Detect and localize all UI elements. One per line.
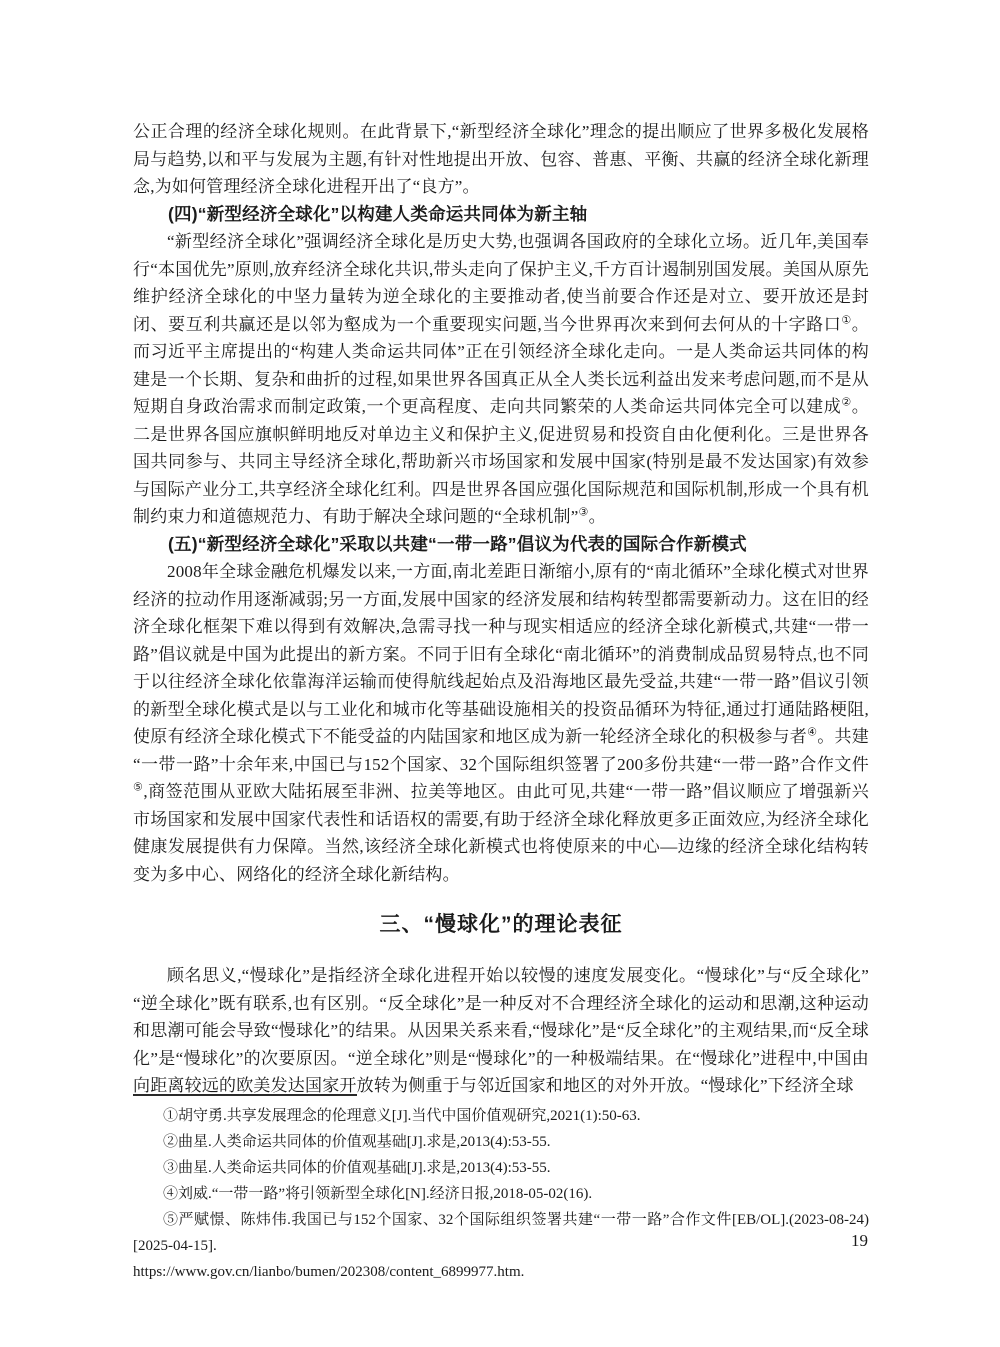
footnote-ref-marker: ①	[841, 314, 851, 326]
paragraph-section-5: 2008年全球金融危机爆发以来,一方面,南北差距日渐缩小,原有的“南北循环”全球…	[133, 558, 869, 888]
footnote-ref-marker: ③	[579, 506, 589, 518]
footnote-3: ③曲星.人类命运共同体的价值观基础[J].求是,2013(4):53-55.	[133, 1155, 869, 1181]
footnote-4: ④刘威.“一带一路”将引领新型全球化[N].经济日报,2018-05-02(16…	[133, 1181, 869, 1207]
footnote-divider	[133, 1094, 357, 1096]
page-number: 19	[851, 1230, 868, 1252]
footnote-2: ②曲星.人类命运共同体的价值观基础[J].求是,2013(4):53-55.	[133, 1129, 869, 1155]
paragraph-section-4: “新型经济全球化”强调经济全球化是历史大势,也强调各国政府的全球化立场。近几年,…	[133, 228, 869, 531]
footnote-ref-marker: ②	[841, 396, 851, 408]
paragraph-slowbalization: 顾名思义,“慢球化”是指经济全球化进程开始以较慢的速度发展变化。“慢球化”与“反…	[133, 962, 869, 1100]
footnote-5-url: https://www.gov.cn/lianbo/bumen/202308/c…	[133, 1259, 869, 1285]
footnote-1: ①胡守勇.共享发展理念的伦理意义[J].当代中国价值观研究,2021(1):50…	[133, 1103, 869, 1129]
subsection-heading-4: (四)“新型经济全球化”以构建人类命运共同体为新主轴	[133, 201, 869, 229]
footnote-5: ⑤严赋憬、陈炜伟.我国已与152个国家、32个国际组织签署共建“一带一路”合作文…	[133, 1207, 869, 1259]
footnote-ref-marker: ⑤	[133, 781, 143, 793]
paragraph-continuation: 公正合理的经济全球化规则。在此背景下,“新型经济全球化”理念的提出顺应了世界多极…	[133, 118, 869, 201]
footnote-area: ①胡守勇.共享发展理念的伦理意义[J].当代中国价值观研究,2021(1):50…	[133, 1094, 869, 1285]
footnote-ref-marker: ④	[807, 726, 817, 738]
document-page: 公正合理的经济全球化规则。在此背景下,“新型经济全球化”理念的提出顺应了世界多极…	[0, 0, 1000, 1347]
page-text-block: 公正合理的经济全球化规则。在此背景下,“新型经济全球化”理念的提出顺应了世界多极…	[133, 118, 869, 1100]
subsection-heading-5: (五)“新型经济全球化”采取以共建“一带一路”倡议为代表的国际合作新模式	[133, 531, 869, 559]
section-heading-slowbalization: 三、“慢球化”的理论表征	[133, 910, 869, 940]
